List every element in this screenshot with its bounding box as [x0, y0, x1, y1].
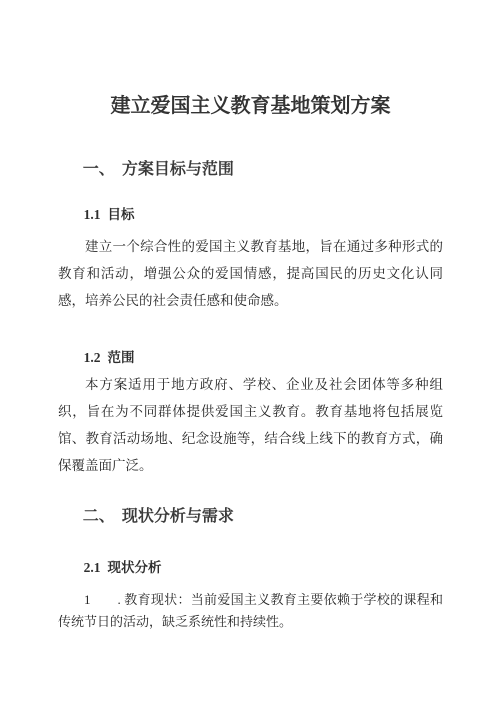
- subheading-2-1-label: 现状分析: [108, 560, 162, 575]
- subheading-1-1-label: 目标: [108, 207, 135, 222]
- list-item-text: . 教育现状：当前爱国主义教育主要依赖于学校的课程和传统节日的活动，缺乏系统性和…: [58, 592, 443, 629]
- document-title: 建立爱国主义教育基地策划方案: [58, 92, 443, 120]
- section-1-number: 一、: [83, 161, 115, 178]
- subheading-1-2: 1.2范围: [58, 348, 443, 368]
- paragraph-scope: 本方案适用于地方政府、学校、企业及社会团体等多种组织，旨在为不同群体提供爱国主义…: [58, 371, 443, 479]
- subheading-1-1: 1.1目标: [58, 205, 443, 225]
- section-2-title: 现状分析与需求: [122, 508, 234, 525]
- document-page: 建立爱国主义教育基地策划方案 一、方案目标与范围 1.1目标 建立一个综合性的爱…: [0, 0, 500, 707]
- subheading-2-1: 2.1现状分析: [58, 558, 443, 578]
- section-1-title: 方案目标与范围: [122, 161, 234, 178]
- list-item-education-status: 1. 教育现状：当前爱国主义教育主要依赖于学校的课程和传统节日的活动，缺乏系统性…: [58, 589, 443, 632]
- paragraph-goal: 建立一个综合性的爱国主义教育基地，旨在通过多种形式的教育和活动，增强公众的爱国情…: [58, 233, 443, 314]
- section-2-number: 二、: [83, 508, 115, 525]
- section-heading-2: 二、现状分析与需求: [58, 505, 443, 529]
- list-item-number: 1: [84, 592, 91, 607]
- section-heading-1: 一、方案目标与范围: [58, 158, 443, 182]
- subheading-1-1-number: 1.1: [84, 207, 101, 222]
- subheading-2-1-number: 2.1: [84, 560, 101, 575]
- subheading-1-2-number: 1.2: [84, 350, 101, 365]
- subheading-1-2-label: 范围: [108, 350, 135, 365]
